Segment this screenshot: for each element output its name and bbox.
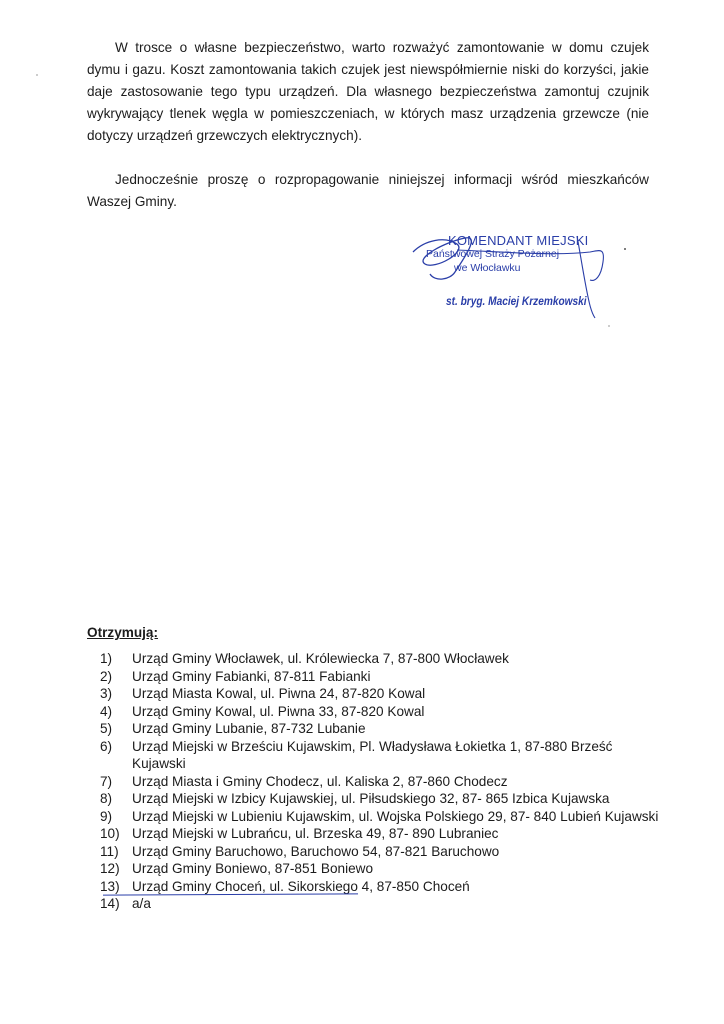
list-item-marked: 12)Urząd Gminy Boniewo, 87-851 Boniewo [100, 860, 660, 878]
list-item: 13)Urząd Gminy Choceń, ul. Sikorskiego 4… [100, 878, 660, 896]
scan-speck [608, 325, 610, 327]
list-item: 6)Urząd Miejski w Brześciu Kujawskim, Pl… [100, 738, 660, 773]
list-item: 8)Urząd Miejski w Izbicy Kujawskiej, ul.… [100, 790, 660, 808]
handwritten-signature-icon [405, 222, 625, 332]
list-item: 4)Urząd Gminy Kowal, ul. Piwna 33, 87-82… [100, 703, 660, 721]
paragraph-safety-detectors: W trosce o własne bezpieczeństwo, warto … [87, 37, 649, 147]
recipients-list: 1)Urząd Gminy Włocławek, ul. Królewiecka… [100, 650, 660, 913]
scan-speck [88, 92, 90, 94]
scan-speck [36, 74, 38, 76]
list-item: 11)Urząd Gminy Baruchowo, Baruchowo 54, … [100, 843, 660, 861]
list-item: 1)Urząd Gminy Włocławek, ul. Królewiecka… [100, 650, 660, 668]
list-item: 14)a/a [100, 895, 660, 913]
list-item: 9)Urząd Miejski w Lubieniu Kujawskim, ul… [100, 808, 660, 826]
list-item: 2)Urząd Gminy Fabianki, 87-811 Fabianki [100, 668, 660, 686]
recipients-heading: Otrzymują: [87, 625, 158, 640]
list-item: 3)Urząd Miasta Kowal, ul. Piwna 24, 87-8… [100, 685, 660, 703]
paragraph-request-spread-info: Jednocześnie proszę o rozpropagowanie ni… [87, 169, 649, 213]
list-item: 5)Urząd Gminy Lubanie, 87-732 Lubanie [100, 720, 660, 738]
list-item: 7)Urząd Miasta i Gminy Chodecz, ul. Kali… [100, 773, 660, 791]
list-item: 10)Urząd Miejski w Lubrańcu, ul. Brzeska… [100, 825, 660, 843]
scan-speck [624, 248, 626, 250]
